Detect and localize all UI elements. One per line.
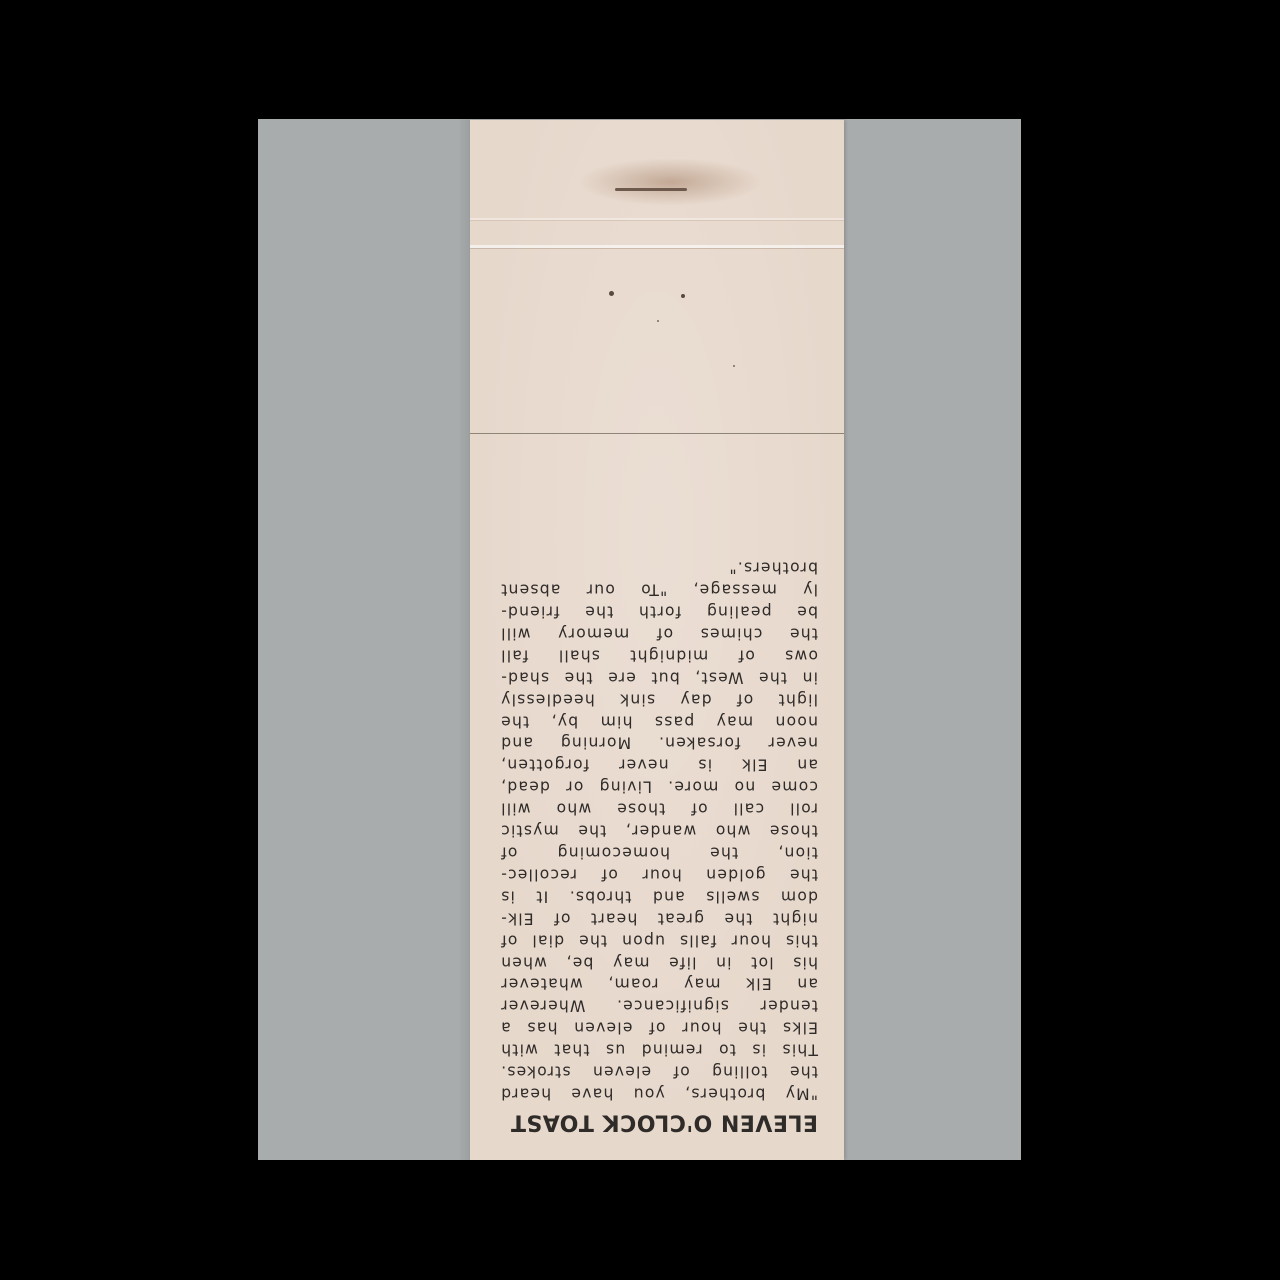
toast-line: tender significance. Wherever xyxy=(500,994,818,1016)
stain-mark xyxy=(578,158,763,206)
speck xyxy=(733,365,735,367)
toast-body: "My brothers, you have heardthe tolling … xyxy=(500,556,818,1104)
shadow xyxy=(458,119,470,1160)
matchbook-cover: ELEVEN O'CLOCK TOAST "My brothers, you h… xyxy=(470,120,844,1160)
toast-line: dom swells and throbs. It is xyxy=(500,885,818,907)
staple-hole xyxy=(609,291,614,296)
toast-line: light of day sink heedlessly xyxy=(500,688,818,710)
toast-line: never forsaken. Morning and xyxy=(500,732,818,754)
fold-line xyxy=(470,218,844,220)
toast-line: ows of midnight shall fall xyxy=(500,644,818,666)
staple-hole xyxy=(681,294,685,298)
toast-line: this hour falls upon the dial of xyxy=(500,929,818,951)
toast-line: night the great heart of Elk- xyxy=(500,907,818,929)
toast-line: tion, the homecoming of xyxy=(500,841,818,863)
toast-line: the chimes of memory will xyxy=(500,622,818,644)
staple-icon xyxy=(615,188,687,191)
toast-line: noon may pass him by, the xyxy=(500,710,818,732)
toast-text-block: ELEVEN O'CLOCK TOAST "My brothers, you h… xyxy=(500,556,818,1135)
toast-line: roll call of those who will xyxy=(500,797,818,819)
toast-line: in the West, but ere the shad- xyxy=(500,666,818,688)
toast-line: an Elk is never forgotten, xyxy=(500,754,818,776)
toast-line: This is to remind us that with xyxy=(500,1038,818,1060)
toast-line: the tolling of eleven strokes. xyxy=(500,1060,818,1082)
toast-line: come no more. Living or dead, xyxy=(500,775,818,797)
toast-line: brothers." xyxy=(500,556,818,578)
toast-line: Elks the hour of eleven has a xyxy=(500,1016,818,1038)
toast-line: "My brothers, you have heard xyxy=(500,1082,818,1104)
speck xyxy=(657,320,659,322)
toast-line: his lot in life may be, when xyxy=(500,951,818,973)
score-line xyxy=(470,433,844,434)
toast-title: ELEVEN O'CLOCK TOAST xyxy=(500,1110,818,1135)
toast-line: an Elk may roam, whatever xyxy=(500,973,818,995)
toast-line: be pealing forth the friend- xyxy=(500,600,818,622)
toast-line: those who wander, the mystic xyxy=(500,819,818,841)
fold-line xyxy=(470,245,844,248)
toast-line: ly message, "To our absent xyxy=(500,578,818,600)
toast-line: the golden hour of recollec- xyxy=(500,863,818,885)
